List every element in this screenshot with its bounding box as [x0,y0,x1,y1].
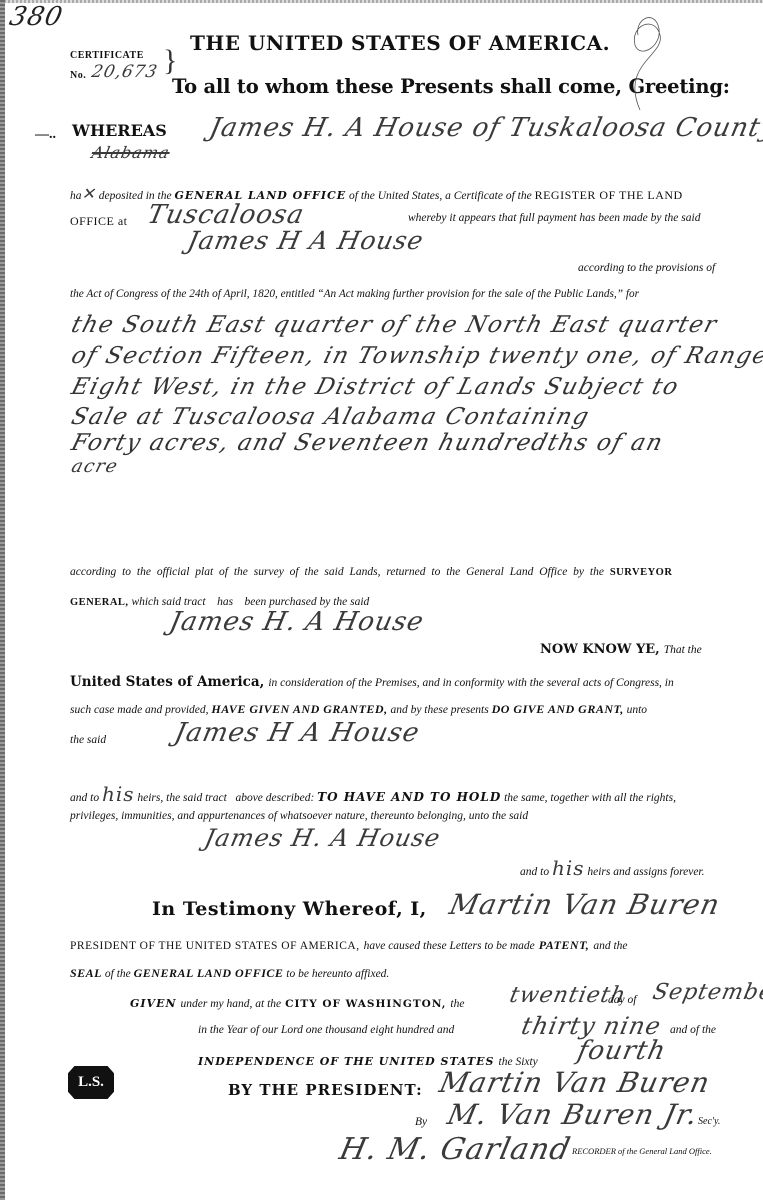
land-description-line-2: of Section Fifteen, in Township twenty o… [69,343,763,369]
page-number: 380 [7,2,66,32]
given-line-2b: and of the [670,1024,716,1036]
land-description-line-1: the South East quarter of the North East… [69,312,721,338]
office-at-label: OFFICE at [70,214,128,229]
certificate-label: CERTIFICATE [70,50,144,61]
testimony-line-2: SEAL of the GENERAL LAND OFFICE to be he… [70,966,389,981]
land-patent-document: 380 CERTIFICATE No. 20,673 } THE UNITED … [0,0,763,1200]
dash-mark: —.. [35,127,56,143]
testimony-line-1: PRESIDENT OF THE UNITED STATES OF AMERIC… [70,936,628,954]
land-description-line-3: Eight West, in the District of Lands Sub… [69,374,683,400]
patentee-of-county: James H. A House of Tuskaloosa County [207,113,763,143]
brace: } [163,44,177,78]
given-ordinal: fourth [575,1036,669,1066]
grantee-name-2: James H. A House [202,824,443,852]
day-of-label: day of [608,994,636,1006]
deposit-line-2: whereby it appears that full payment has… [408,212,700,224]
flourish-decoration [610,5,670,115]
given-line-2: in the Year of our Lord one thousand eig… [198,1024,454,1036]
land-description-line-4: Sale at Tuscaloosa Alabama Containing [69,404,593,430]
scan-top-edge [0,0,763,3]
recorder-signature: H. M. Garland [336,1132,574,1167]
president-signature: Martin Van Buren [436,1066,713,1099]
secretary-title: Sec'y. [698,1116,720,1127]
payer-name: James H A House [185,226,427,255]
land-description-line-6: acre [69,456,121,477]
grant-line-4: privileges, immunities, and appurtenance… [70,810,528,822]
certificate-no-label: No. [70,70,86,81]
grant-line-2: such case made and provided, HAVE GIVEN … [70,702,647,717]
by-the-president-label: BY THE PRESIDENT: [228,1081,423,1099]
recorder-title: RECORDER of the General Land Office. [572,1146,712,1156]
president-name: Martin Van Buren [446,888,723,921]
header-title: THE UNITED STATES OF AMERICA. [190,31,610,55]
land-description-line-5: Forty acres, and Seventeen hundredths of… [69,430,667,456]
certificate-number: 20,673 [90,62,160,82]
grant-line-5: and to his heirs and assigns forever. [520,856,705,880]
struck-state: Alabama [90,143,172,162]
grant-line-3: and to his heirs, the said tract above d… [70,782,676,806]
secretary-signature: M. Van Buren Jr. [444,1098,701,1131]
whereas-label: WHEREAS [72,121,167,140]
now-know-ye-line: NOW KNOW YE, That the [540,640,702,658]
the-said-label: the said [70,734,106,746]
purchaser-name: James H. A House [167,607,427,637]
survey-line-1: according to the official plat of the su… [70,566,672,578]
grant-line-1: United States of America, in considerati… [70,673,674,691]
by-label: By [415,1116,427,1128]
deposit-line-3: according to the provisions of [578,262,715,274]
testimony-heading: In Testimony Whereof, I, [152,898,427,920]
grantee-name: James H A House [172,718,423,748]
given-month: September [650,980,763,1005]
given-line-1: GIVEN under my hand, at the CITY OF WASH… [130,994,464,1012]
ls-seal: L.S. [68,1066,114,1099]
scan-left-edge [0,0,5,1200]
act-line: the Act of Congress of the 24th of April… [70,288,639,300]
